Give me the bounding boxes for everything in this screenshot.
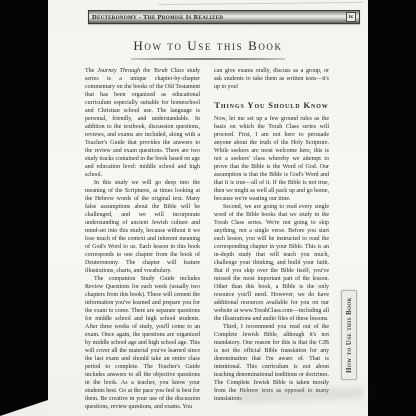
left-column: The Journey Through the Torah Class stud… bbox=[85, 67, 200, 411]
running-header-bar: Deuteronomy - The Promise Is Realized ix bbox=[88, 10, 360, 24]
paragraph: In this study we will go deep into the m… bbox=[85, 179, 200, 275]
page-title: How to Use this Book bbox=[48, 38, 368, 54]
book-page: Deuteronomy - The Promise Is Realized ix… bbox=[48, 0, 368, 416]
series-title-italic: Journey Through the Torah Class bbox=[97, 68, 184, 74]
body-text: The Journey Through the Torah Class stud… bbox=[85, 67, 329, 411]
scan-artifact-corner bbox=[0, 400, 48, 416]
paragraph-text: The bbox=[85, 68, 97, 74]
section-heading: Things You Should Know bbox=[214, 100, 329, 110]
chapter-thumb-tab: How to Use this Book bbox=[341, 290, 357, 380]
right-column: can give exams orally, discuss as a grou… bbox=[214, 67, 329, 411]
paragraph-text: study series is a unique chapter-by-chap… bbox=[85, 68, 200, 178]
scan-artifact-top bbox=[158, 2, 363, 5]
paragraph: The companion Study Guide includes Revie… bbox=[85, 275, 200, 411]
paragraph: Now, let me set up a few ground rules as… bbox=[214, 115, 329, 203]
paragraph: can give exams orally, discuss as a grou… bbox=[214, 67, 329, 91]
title-divider bbox=[131, 58, 286, 60]
paragraph: Second, we are going to read every singl… bbox=[214, 203, 329, 323]
running-header-title: Deuteronomy - The Promise Is Realized bbox=[92, 14, 223, 21]
chapter-thumb-tab-label: How to Use this Book bbox=[342, 291, 356, 379]
paragraph: The Journey Through the Torah Class stud… bbox=[85, 67, 200, 179]
page-number: ix bbox=[346, 12, 356, 22]
